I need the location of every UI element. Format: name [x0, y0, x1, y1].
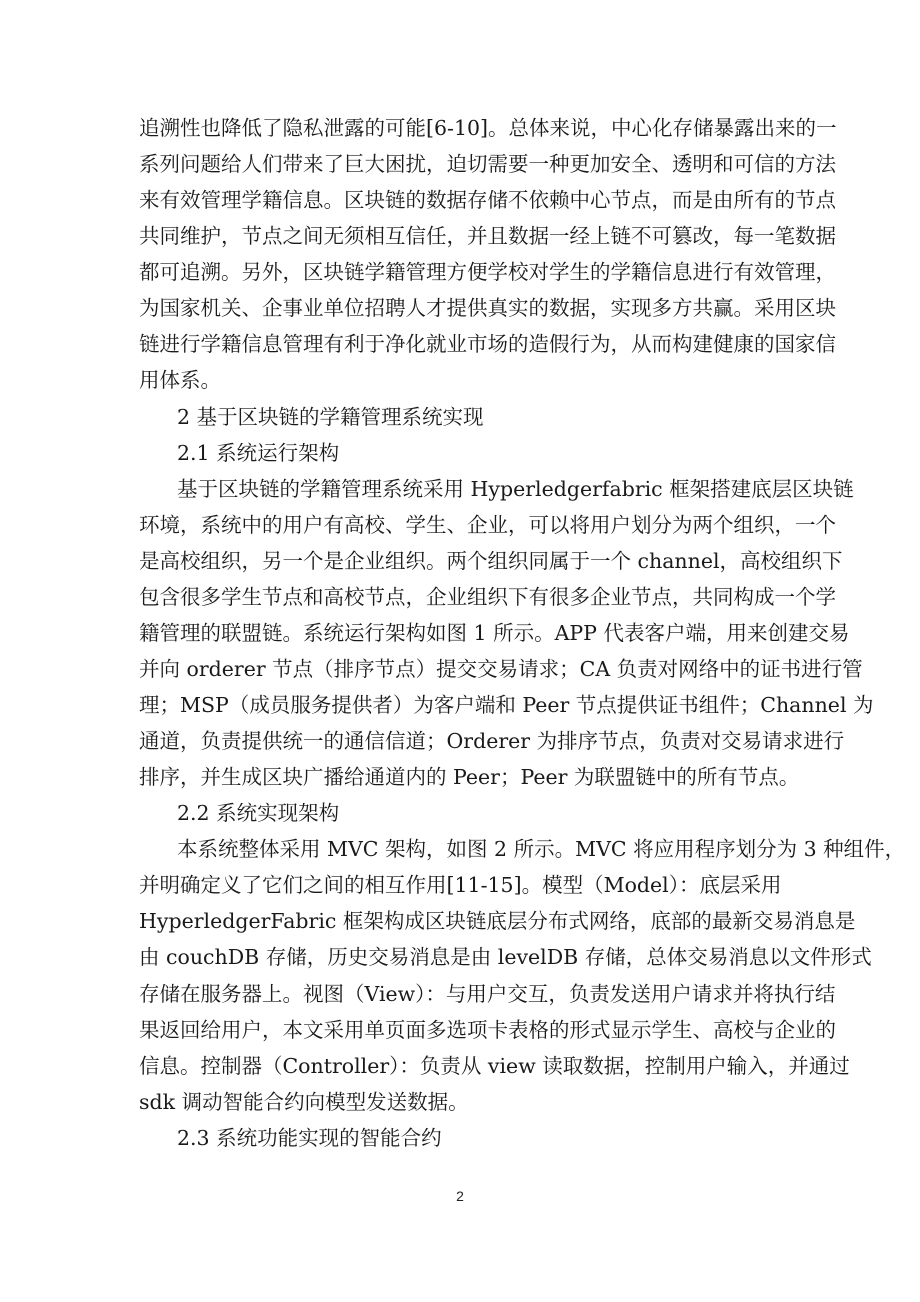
paragraph-system-runtime-architecture: 基于区块链的学籍管理系统采用 Hyperledgerfabric 框架搭建底层区… [139, 471, 780, 796]
text-line: 本系统整体采用 MVC 架构，如图 2 所示。MVC 将应用程序划分为 3 种组… [139, 831, 780, 867]
text-line: 信息。控制器（Controller）：负责从 view 读取数据，控制用户输入，… [139, 1048, 780, 1084]
section-heading-2-1: 2.1 系统运行架构 [139, 435, 780, 471]
text-line: 链进行学籍信息管理有利于净化就业市场的造假行为，从而构建健康的国家信 [139, 326, 780, 362]
text-line: 并向 orderer 节点（排序节点）提交交易请求；CA 负责对网络中的证书进行… [139, 651, 780, 687]
text-line: 由 couchDB 存储，历史交易消息是由 levelDB 存储，总体交易消息以… [139, 939, 780, 975]
text-line: 用体系。 [139, 362, 780, 398]
text-line: 排序，并生成区块广播给通道内的 Peer；Peer 为联盟链中的所有节点。 [139, 759, 780, 795]
text-line: 并明确定义了它们之间的相互作用[11-15]。模型（Model）：底层采用 [139, 867, 780, 903]
text-line: 存储在服务器上。视图（View）：与用户交互，负责发送用户请求并将执行结 [139, 976, 780, 1012]
paragraph-system-implementation-architecture: 本系统整体采用 MVC 架构，如图 2 所示。MVC 将应用程序划分为 3 种组… [139, 831, 780, 1120]
paragraph-centralized-storage-problems: 追溯性也降低了隐私泄露的可能[6-10]。总体来说，中心化存储暴露出来的一 系列… [139, 110, 780, 399]
section-heading-2: 2 基于区块链的学籍管理系统实现 [139, 399, 780, 435]
page-body: 追溯性也降低了隐私泄露的可能[6-10]。总体来说，中心化存储暴露出来的一 系列… [139, 110, 780, 1156]
text-line: 是高校组织，另一个是企业组织。两个组织同属于一个 channel，高校组织下 [139, 543, 780, 579]
text-line: 都可追溯。另外，区块链学籍管理方便学校对学生的学籍信息进行有效管理， [139, 254, 780, 290]
text-line: 基于区块链的学籍管理系统采用 Hyperledgerfabric 框架搭建底层区… [139, 471, 780, 507]
section-heading-2-3: 2.3 系统功能实现的智能合约 [139, 1120, 780, 1156]
text-line: 果返回给用户，本文采用单页面多选项卡表格的形式显示学生、高校与企业的 [139, 1012, 780, 1048]
text-line: 系列问题给人们带来了巨大困扰，迫切需要一种更加安全、透明和可信的方法 [139, 146, 780, 182]
text-line: 包含很多学生节点和高校节点，企业组织下有很多企业节点，共同构成一个学 [139, 579, 780, 615]
page-number: 2 [0, 1188, 920, 1204]
text-line: 通道，负责提供统一的通信信道；Orderer 为排序节点，负责对交易请求进行 [139, 723, 780, 759]
section-heading-2-2: 2.2 系统实现架构 [139, 795, 780, 831]
text-line: sdk 调动智能合约向模型发送数据。 [139, 1084, 780, 1120]
text-line: HyperledgerFabric 框架构成区块链底层分布式网络，底部的最新交易… [139, 903, 780, 939]
document-page: 追溯性也降低了隐私泄露的可能[6-10]。总体来说，中心化存储暴露出来的一 系列… [0, 0, 920, 1302]
text-line: 理；MSP（成员服务提供者）为客户端和 Peer 节点提供证书组件；Channe… [139, 687, 780, 723]
text-line: 来有效管理学籍信息。区块链的数据存储不依赖中心节点，而是由所有的节点 [139, 182, 780, 218]
text-line: 环境，系统中的用户有高校、学生、企业，可以将用户划分为两个组织，一个 [139, 507, 780, 543]
text-line: 共同维护，节点之间无须相互信任，并且数据一经上链不可篡改，每一笔数据 [139, 218, 780, 254]
text-line: 追溯性也降低了隐私泄露的可能[6-10]。总体来说，中心化存储暴露出来的一 [139, 110, 780, 146]
text-line: 为国家机关、企事业单位招聘人才提供真实的数据，实现多方共赢。采用区块 [139, 290, 780, 326]
text-line: 籍管理的联盟链。系统运行架构如图 1 所示。APP 代表客户端，用来创建交易 [139, 615, 780, 651]
